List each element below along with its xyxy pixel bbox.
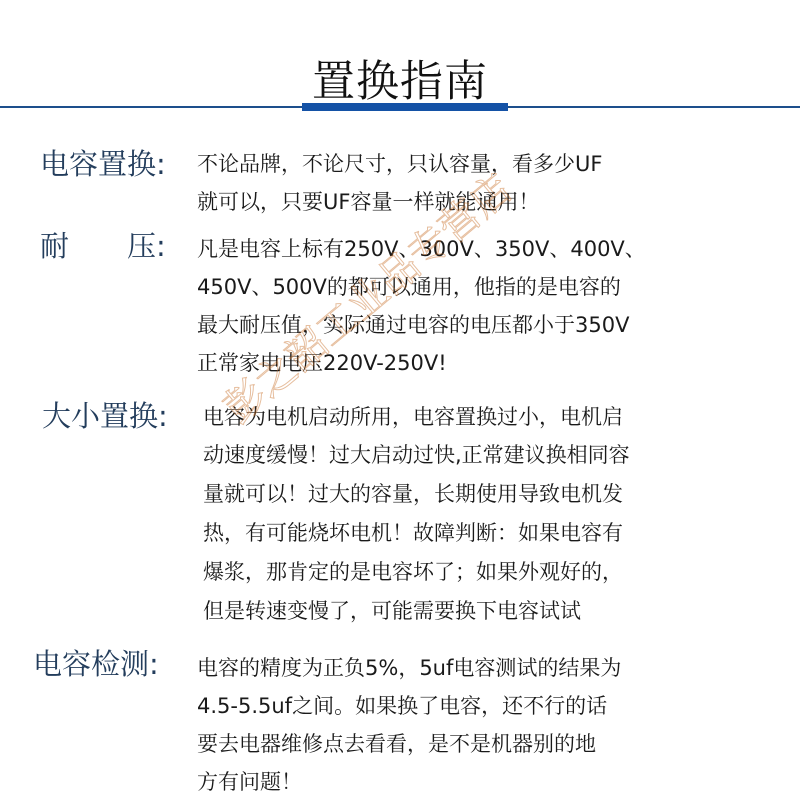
section-text-line: 电容的精度为正负5%，5uf电容测试的结果为 xyxy=(197,652,621,682)
section-text-line: 就可以，只要UF容量一样就能通用！ xyxy=(197,186,539,216)
title-underline-accent xyxy=(302,103,508,111)
section-label: 电容置换: xyxy=(40,142,166,183)
section-label: 耐 压: xyxy=(40,224,166,265)
section-text-line: 4.5-5.5uf之间。如果换了电容，还不行的话 xyxy=(197,690,607,720)
section-text-line: 方有问题！ xyxy=(197,766,302,796)
section-text-line: 电容为电机启动所用，电容置换过小，电机启 xyxy=(203,401,623,431)
section-text-line: 最大耐压值，实际通过电容的电压都小于350V xyxy=(197,309,629,339)
section-text-line: 但是转速变慢了，可能需要换下电容试试 xyxy=(203,595,581,625)
section-text-line: 450V、500V的都可以通用，他指的是电容的 xyxy=(197,271,621,301)
section-text-line: 爆浆，那肯定的是电容坏了；如果外观好的， xyxy=(203,556,623,586)
section-label: 电容检测: xyxy=(33,642,159,683)
page-title: 置换指南 xyxy=(0,48,800,109)
section-text-line: 量就可以！过大的容量，长期使用导致电机发 xyxy=(203,478,623,508)
section-text-line: 热，有可能烧坏电机！故障判断：如果电容有 xyxy=(203,517,623,547)
section-text-line: 要去电器维修点去看看，是不是机器别的地 xyxy=(197,728,596,758)
section-label: 大小置换: xyxy=(42,394,168,435)
section-text-line: 正常家电电压220V-250V! xyxy=(197,347,447,377)
section-text-line: 不论品牌，不论尺寸，只认容量，看多少UF xyxy=(197,148,602,178)
section-text-line: 凡是电容上标有250V、300V、350V、400V、 xyxy=(197,233,646,263)
section-text-line: 动速度缓慢！过大启动过快,正常建议换相同容 xyxy=(203,439,630,469)
